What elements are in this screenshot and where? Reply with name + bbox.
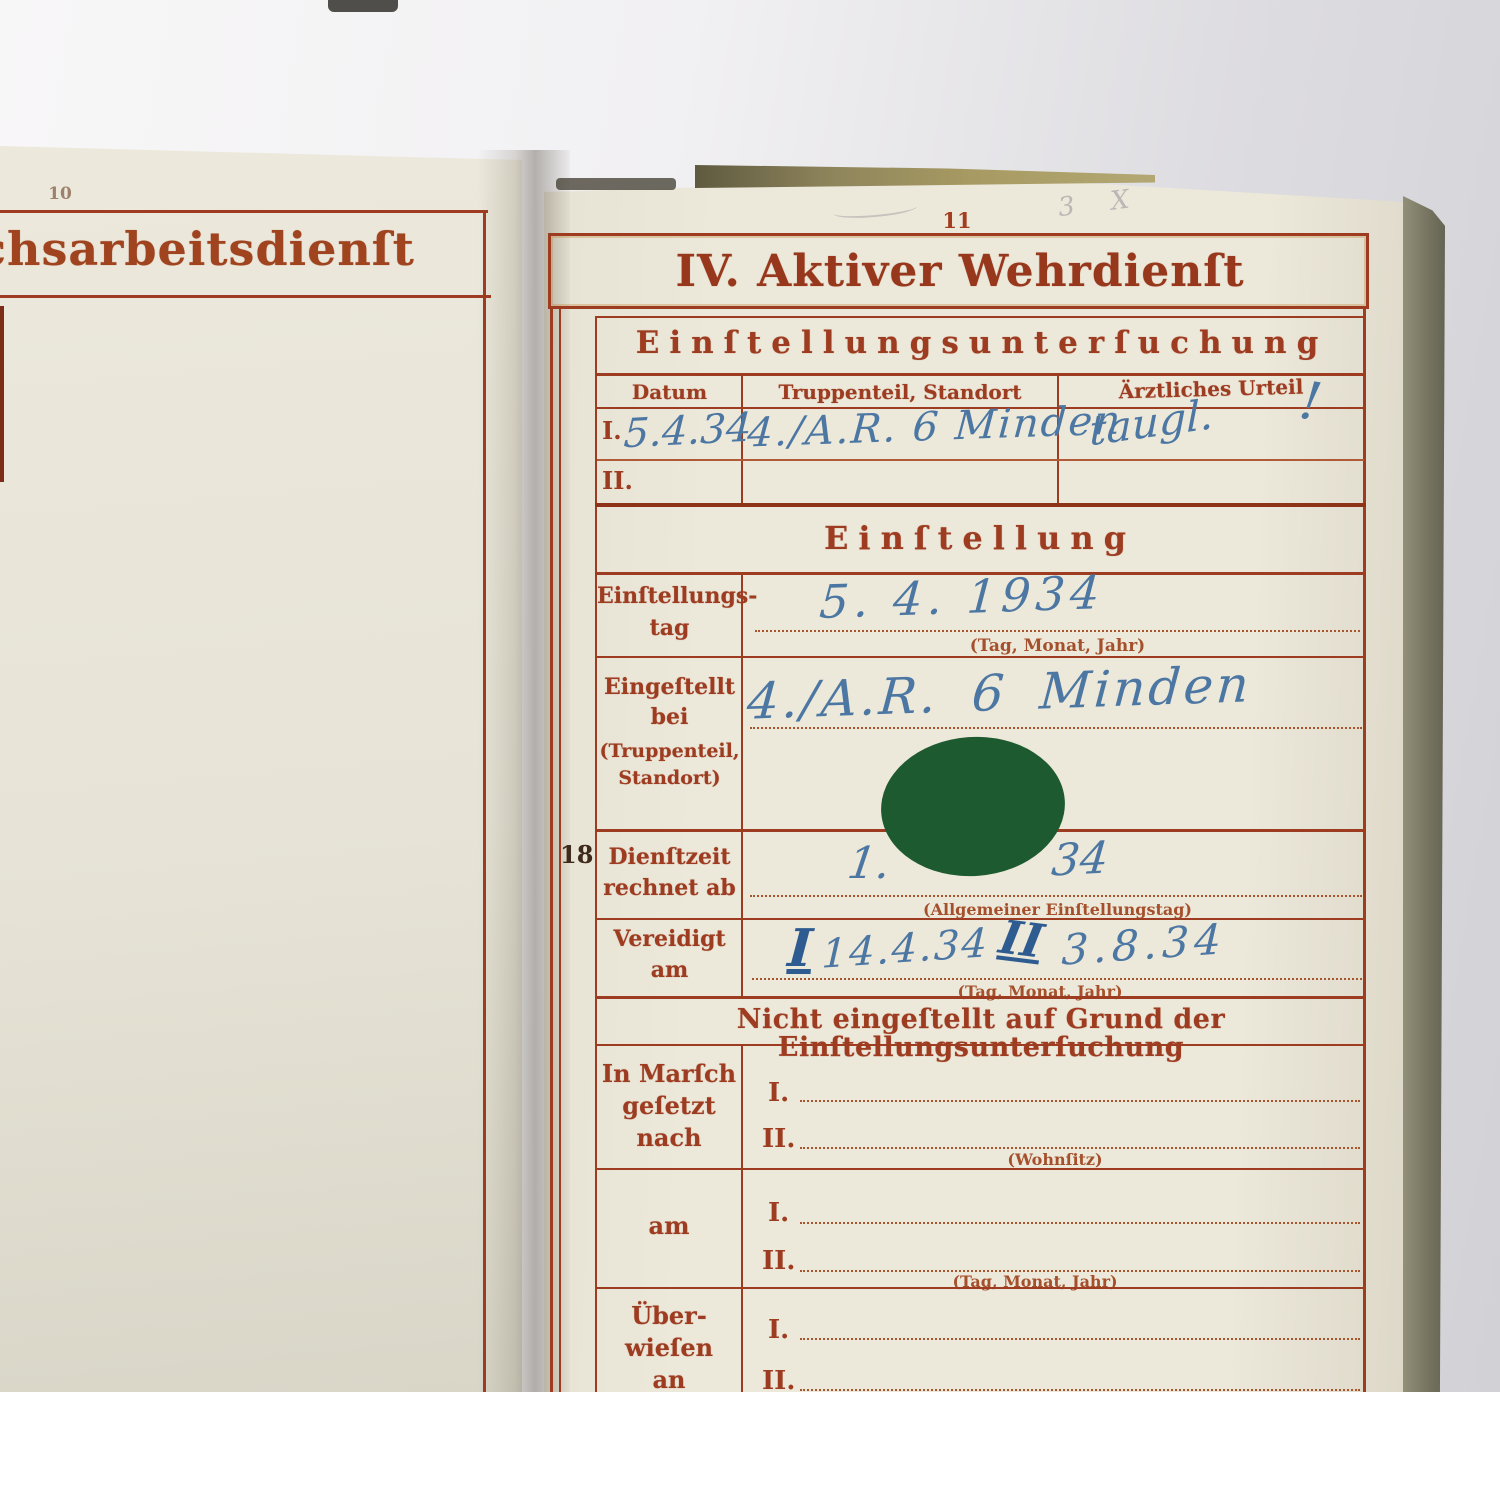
exam-band-top-rule — [595, 316, 1366, 318]
dienstzeit-caption: (Allgemeiner Einſtellungstag) — [755, 900, 1360, 919]
am-label: am — [595, 1214, 743, 1239]
vereidigt-row-bottom-rule — [595, 996, 1366, 999]
ueberwiesen-line2-dotted — [800, 1389, 1360, 1391]
marsch-label-line1: In Marſch — [595, 1062, 743, 1087]
left-page-paper — [0, 146, 522, 1392]
tag-caption: (Tag, Monat, Jahr) — [755, 636, 1360, 656]
exam-row1-label: I. — [602, 416, 622, 445]
section-title: IV. Aktiver Wehrdienſt — [560, 249, 1360, 295]
col-header-datum: Datum — [597, 382, 742, 403]
nicht-band-bottom-rule — [595, 1044, 1366, 1046]
dienstzeit-value-right-handwriting: 34 — [1050, 833, 1111, 887]
nicht-heading: Nicht eingeſtellt auf Grund der Einſtell… — [598, 1006, 1364, 1062]
einstellung-heading: Einſtellung — [600, 522, 1360, 555]
left-page-heading: chsarbeitsdienſt — [0, 226, 402, 274]
vereidigt-dotted-line — [752, 978, 1362, 980]
marsch-line1-numeral: I. — [768, 1078, 789, 1108]
bei-label-line3: (Truppenteil, — [597, 742, 742, 762]
right-page-number: 11 — [935, 208, 979, 233]
dienstzeit-row-bottom-rule — [595, 918, 1366, 920]
ueberwiesen-line1-dotted — [800, 1338, 1360, 1340]
vereidigt-label-line1: Vereidigt — [597, 928, 742, 951]
photo-bottom-crop — [0, 1392, 1500, 1500]
tag-label-line1: Einſtellungs- — [597, 585, 742, 608]
ueberwiesen-line1-numeral: I. — [768, 1315, 789, 1345]
marsch-line1-dotted — [800, 1100, 1360, 1102]
am-row-bottom-rule — [595, 1287, 1366, 1289]
exam-heading: Einſtellungsunterſuchung — [600, 327, 1364, 359]
page-left-border-outer — [550, 306, 553, 1392]
am-line1-dotted — [800, 1222, 1360, 1224]
tag-dotted-line — [755, 630, 1360, 632]
exam-table-bottom-rule — [595, 503, 1366, 507]
dienstzeit-label-line1: Dienſtzeit — [597, 846, 742, 869]
left-page-number: 10 — [40, 184, 80, 204]
dienstzeit-label-line2: rechnet ab — [597, 877, 742, 900]
marsch-label-line2: geſetzt — [595, 1094, 743, 1119]
margin-number: 18 — [560, 840, 593, 869]
bei-label-line2: bei — [597, 706, 742, 729]
vereidigt-label-line2: am — [597, 959, 742, 982]
dienstzeit-value-left-handwriting: 1. — [844, 838, 893, 889]
photo-scene: 10 chsarbeitsdienſt 11 3 X IV. Aktiver W… — [0, 0, 1500, 1500]
ueberwiesen-label-line3: an — [595, 1368, 743, 1393]
left-heading-bottom-rule — [0, 295, 491, 298]
tag-label-line2: tag — [597, 617, 742, 640]
dienstzeit-dotted-line — [750, 895, 1362, 897]
left-page-right-border — [483, 210, 486, 1392]
vereidigt-numeral1-handwriting: I — [786, 918, 815, 979]
gutter-shadow — [478, 150, 570, 1392]
marsch-label-line3: nach — [595, 1126, 743, 1151]
left-page-edge-mark — [0, 306, 4, 482]
exam-row2-label: II. — [602, 466, 633, 495]
marsch-line2-dotted — [800, 1147, 1360, 1149]
col-header-truppenteil: Truppenteil, Standort — [742, 382, 1058, 403]
ueberwiesen-label-line2: wieſen — [595, 1336, 743, 1361]
bei-label-line4: Standort) — [597, 769, 742, 789]
exam-row1-datum-handwriting: 5.4.34 — [623, 405, 753, 458]
exam-row1-rule — [597, 459, 1364, 461]
marsch-row-bottom-rule — [595, 1168, 1366, 1170]
ueberwiesen-label-line1: Über- — [595, 1304, 743, 1329]
marsch-caption: (Wohnſitz) — [755, 1150, 1355, 1169]
page-right-border — [1363, 306, 1366, 1392]
book-cover-edge — [1403, 196, 1445, 1392]
tag-value-handwriting: 5. 4. 1934 — [818, 565, 1107, 629]
am-line1-numeral: I. — [768, 1198, 789, 1228]
bei-label-line1: Eingeſtellt — [597, 676, 742, 699]
top-edge-speck — [328, 0, 398, 12]
back-page-edge — [556, 178, 676, 190]
left-heading-top-rule — [0, 210, 488, 213]
